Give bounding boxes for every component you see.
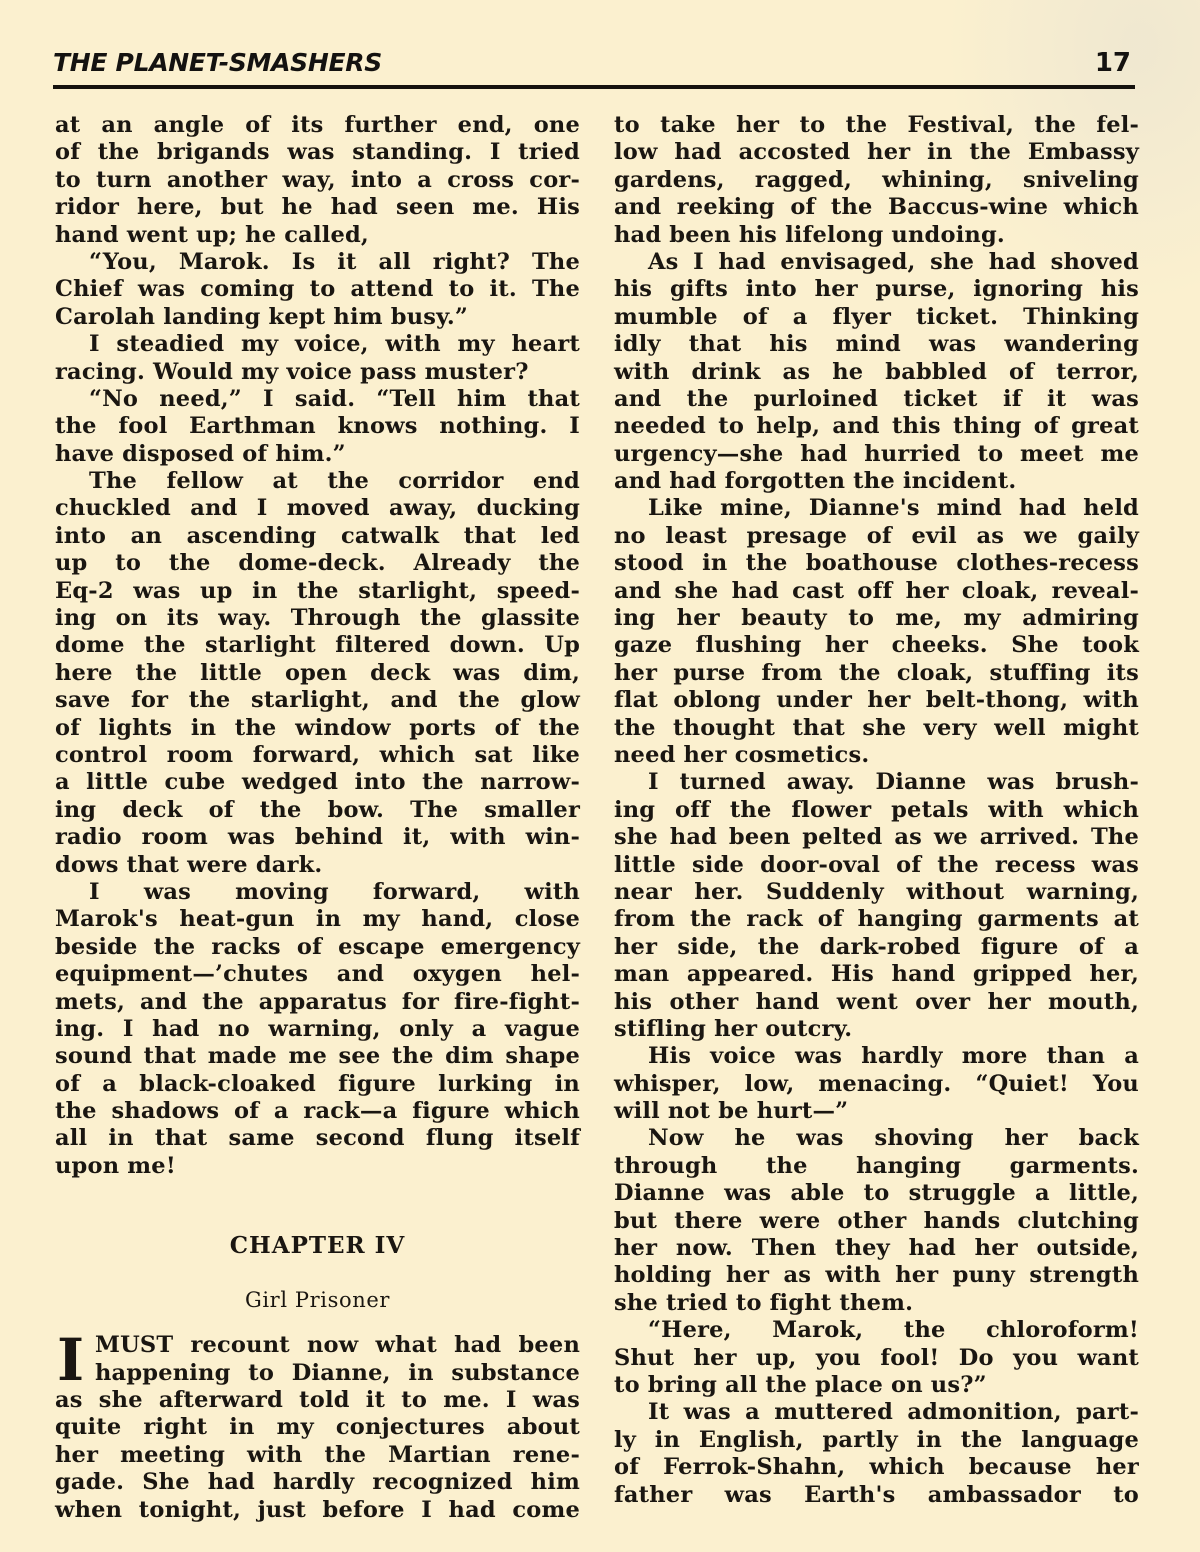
- text-line: dows that were dark.: [55, 852, 580, 879]
- text-line: gaze flushing her cheeks. She took: [614, 632, 1139, 659]
- text-line: radio room was behind it, with win-: [55, 824, 580, 851]
- right-column-text: to take her to the Festival, the fel-low…: [614, 112, 1139, 1509]
- drop-cap: I: [57, 1334, 84, 1386]
- chapter-opening-text: MUST recount now what had beenhappening …: [55, 1332, 580, 1524]
- text-line: whisper, low, menacing. “Quiet! You: [614, 1071, 1139, 1098]
- text-line: and had forgotten the incident.: [614, 468, 1139, 495]
- page-number: 17: [1095, 48, 1131, 78]
- text-line: her purse from the cloak, stuffing its: [614, 660, 1139, 687]
- right-column: to take her to the Festival, the fel-low…: [614, 112, 1139, 1509]
- text-line: stood in the boathouse clothes-recess: [614, 550, 1139, 577]
- text-line: Chief was coming to attend to it. The: [55, 276, 580, 303]
- text-line: from the rack of hanging garments at: [614, 906, 1139, 933]
- text-line: here the little open deck was dim,: [55, 660, 580, 687]
- text-line: but there were other hands clutching: [614, 1208, 1139, 1235]
- text-line: needed to help, and this thing of great: [614, 413, 1139, 440]
- text-line: the shadows of a rack—a figure which: [55, 1098, 580, 1125]
- text-line: racing. Would my voice pass muster?: [55, 359, 580, 386]
- chapter-opening-paragraph: I MUST recount now what had beenhappenin…: [55, 1332, 580, 1524]
- text-line: I steadied my voice, with my heart: [55, 331, 580, 358]
- text-line: ing. I had no warning, only a vague: [55, 1016, 580, 1043]
- text-line: idly that his mind was wandering: [614, 331, 1139, 358]
- text-line: into an ascending catwalk that led: [55, 523, 580, 550]
- text-line: her side, the dark-robed figure of a: [614, 934, 1139, 961]
- text-line: mets, and the apparatus for fire-fight-: [55, 989, 580, 1016]
- text-line: ly in English, partly in the language: [614, 1427, 1139, 1454]
- text-line: stifling her outcry.: [614, 1016, 1139, 1043]
- text-line: low had accosted her in the Embassy: [614, 139, 1139, 166]
- text-line: ing deck of the bow. The smaller: [55, 797, 580, 824]
- text-line: holding her as with her puny strength: [614, 1262, 1139, 1289]
- text-line: and the purloined ticket if it was: [614, 386, 1139, 413]
- text-line: upon me!: [55, 1153, 580, 1180]
- text-line: as she afterward told it to me. I was: [55, 1387, 580, 1414]
- text-line: of the brigands was standing. I tried: [55, 139, 580, 166]
- text-line: sound that made me see the dim shape: [55, 1043, 580, 1070]
- text-line: His voice was hardly more than a: [614, 1043, 1139, 1070]
- text-line: her meeting with the Martian rene-: [55, 1442, 580, 1469]
- text-line: gade. She had hardly recognized him: [55, 1469, 580, 1496]
- text-line: the fool Earthman knows nothing. I: [55, 413, 580, 440]
- text-line: and she had cast off her cloak, reveal-: [614, 578, 1139, 605]
- text-line: dome the starlight filtered down. Up: [55, 632, 580, 659]
- text-line: when tonight, just before I had come: [55, 1497, 580, 1524]
- text-line: Now he was shoving her back: [614, 1125, 1139, 1152]
- text-line: save for the starlight, and the glow: [55, 687, 580, 714]
- running-head: THE PLANET-SMASHERS 17: [53, 48, 1135, 82]
- text-line: near her. Suddenly without warning,: [614, 879, 1139, 906]
- text-line: need her cosmetics.: [614, 742, 1139, 769]
- text-line: to bring all the place on us?”: [614, 1372, 1139, 1399]
- text-line: The fellow at the corridor end: [55, 468, 580, 495]
- text-line: MUST recount now what had been: [55, 1332, 580, 1359]
- chapter-heading: CHAPTER IV: [55, 1226, 580, 1266]
- text-line: she had been pelted as we arrived. The: [614, 824, 1139, 851]
- text-line: I was moving forward, with: [55, 879, 580, 906]
- text-line: a little cube wedged into the narrow-: [55, 769, 580, 796]
- text-line: happening to Dianne, in substance: [55, 1360, 580, 1387]
- text-line: to turn another way, into a cross cor-: [55, 167, 580, 194]
- text-line: It was a muttered admonition, part-: [614, 1399, 1139, 1426]
- text-line: with drink as he babbled of terror,: [614, 359, 1139, 386]
- text-line: up to the dome-deck. Already the: [55, 550, 580, 577]
- text-line: quite right in my conjectures about: [55, 1414, 580, 1441]
- text-line: mumble of a flyer ticket. Thinking: [614, 304, 1139, 331]
- text-line: have disposed of him.”: [55, 441, 580, 468]
- text-line: ing on its way. Through the glassite: [55, 605, 580, 632]
- text-line: Carolah landing kept him busy.”: [55, 304, 580, 331]
- text-line: no least presage of evil as we gaily: [614, 523, 1139, 550]
- text-line: will not be hurt—”: [614, 1098, 1139, 1125]
- text-line: little side door-oval of the recess was: [614, 852, 1139, 879]
- text-line: Shut her up, you fool! Do you want: [614, 1345, 1139, 1372]
- text-line: ing her beauty to me, my admiring: [614, 605, 1139, 632]
- text-line: ing off the flower petals with which: [614, 797, 1139, 824]
- text-line: ridor here, but he had seen me. His: [55, 194, 580, 221]
- text-line: control room forward, which sat like: [55, 742, 580, 769]
- text-line: hand went up; he called,: [55, 222, 580, 249]
- text-line: her now. Then they had her outside,: [614, 1235, 1139, 1262]
- text-line: and reeking of the Baccus-wine which: [614, 194, 1139, 221]
- text-line: his gifts into her purse, ignoring his: [614, 276, 1139, 303]
- text-line: Eq-2 was up in the starlight, speed-: [55, 578, 580, 605]
- text-line: at an angle of its further end, one: [55, 112, 580, 139]
- text-line: Marok's heat-gun in my hand, close: [55, 906, 580, 933]
- text-line: Like mine, Dianne's mind had held: [614, 495, 1139, 522]
- running-title: THE PLANET-SMASHERS: [53, 48, 382, 77]
- text-line: man appeared. His hand gripped her,: [614, 961, 1139, 988]
- text-line: “No need,” I said. “Tell him that: [55, 386, 580, 413]
- text-line: “You, Marok. Is it all right? The: [55, 249, 580, 276]
- text-line: had been his lifelong undoing.: [614, 222, 1139, 249]
- chapter-heading-block: CHAPTER IV Girl Prisoner: [55, 1226, 580, 1320]
- text-line: As I had envisaged, she had shoved: [614, 249, 1139, 276]
- left-column-text: at an angle of its further end, oneof th…: [55, 112, 580, 1180]
- text-line: gardens, ragged, whining, sniveling: [614, 167, 1139, 194]
- text-line: “Here, Marok, the chloroform!: [614, 1317, 1139, 1344]
- text-line: to take her to the Festival, the fel-: [614, 112, 1139, 139]
- text-line: she tried to fight them.: [614, 1290, 1139, 1317]
- text-line: through the hanging garments.: [614, 1153, 1139, 1180]
- text-line: Dianne was able to struggle a little,: [614, 1180, 1139, 1207]
- text-line: the thought that she very well might: [614, 715, 1139, 742]
- text-line: flat oblong under her belt-thong, with: [614, 687, 1139, 714]
- text-line: of a black-cloaked figure lurking in: [55, 1071, 580, 1098]
- header-rule: [53, 85, 1135, 89]
- chapter-subtitle: Girl Prisoner: [55, 1280, 580, 1320]
- text-line: of lights in the window ports of the: [55, 715, 580, 742]
- text-line: urgency—she had hurried to meet me: [614, 441, 1139, 468]
- text-line: father was Earth's ambassador to: [614, 1482, 1139, 1509]
- magazine-page: THE PLANET-SMASHERS 17 at an angle of it…: [0, 0, 1200, 1552]
- text-line: beside the racks of escape emergency: [55, 934, 580, 961]
- text-line: equipment—’chutes and oxygen hel-: [55, 961, 580, 988]
- text-line: of Ferrok-Shahn, which because her: [614, 1454, 1139, 1481]
- text-line: chuckled and I moved away, ducking: [55, 495, 580, 522]
- text-line: all in that same second flung itself: [55, 1125, 580, 1152]
- left-column: at an angle of its further end, oneof th…: [55, 112, 580, 1524]
- text-line: his other hand went over her mouth,: [614, 989, 1139, 1016]
- text-line: I turned away. Dianne was brush-: [614, 769, 1139, 796]
